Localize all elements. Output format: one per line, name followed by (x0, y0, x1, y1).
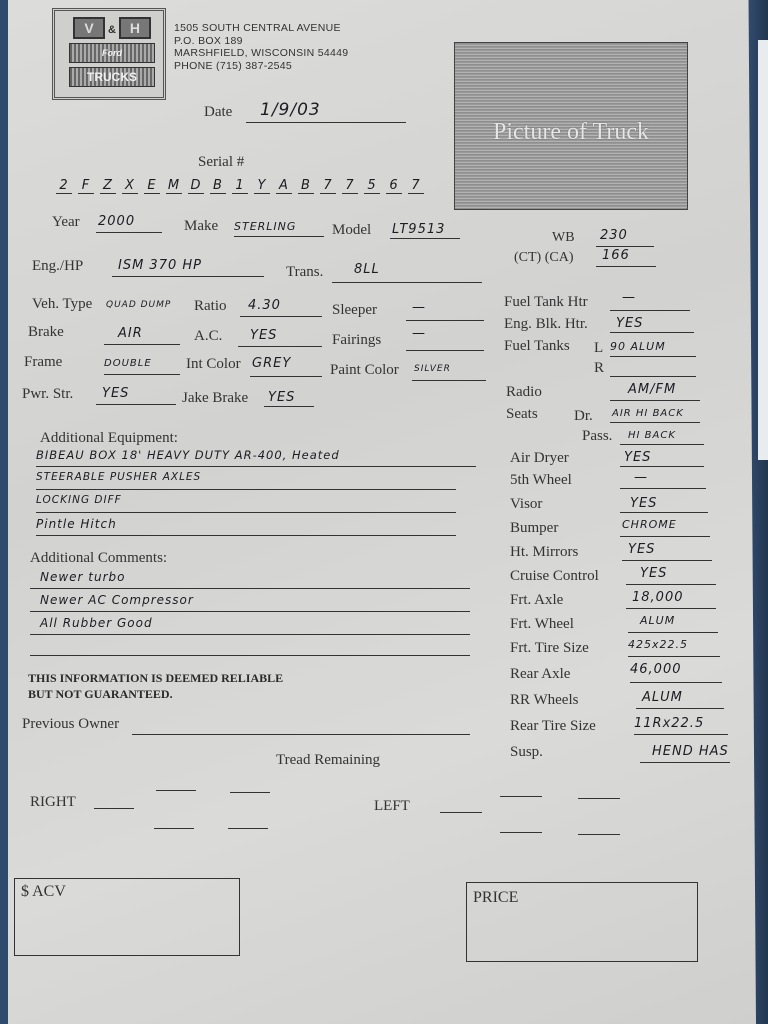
truck-picture-placeholder: Picture of Truck (454, 42, 688, 210)
date-line (246, 122, 406, 123)
rr-wheels-line (636, 708, 724, 709)
pwrstr-value[interactable]: YES (102, 386, 129, 401)
ac-value[interactable]: YES (250, 328, 277, 343)
wb-line (596, 246, 654, 247)
additional-equipment-label: Additional Equipment: (40, 430, 178, 447)
disclaimer: THIS INFORMATION IS DEEMED RELIABLE BUT … (28, 670, 283, 702)
frt-wheel-label: Frt. Wheel (510, 616, 574, 633)
susp-line (640, 762, 730, 763)
fairings-value[interactable]: — (412, 326, 426, 341)
pwrstr-label: Pwr. Str. (22, 386, 73, 403)
disclaimer-line: THIS INFORMATION IS DEEMED RELIABLE (28, 670, 283, 686)
rear-tire-size-label: Rear Tire Size (510, 718, 596, 735)
ac-label: A.C. (194, 328, 222, 345)
year-value[interactable]: 2000 (98, 214, 135, 229)
rear-axle-line (630, 682, 722, 683)
ratio-line (240, 316, 322, 317)
brake-value[interactable]: AIR (118, 326, 143, 341)
paintcolor-label: Paint Color (330, 362, 399, 379)
acv-label: $ ACV (21, 883, 66, 901)
address-line: 1505 SOUTH CENTRAL AVENUE (174, 22, 348, 35)
company-logo: V&H Ford TRUCKS (52, 8, 166, 100)
wb-label: WB (552, 230, 575, 246)
serial-char: 1 (232, 178, 248, 194)
tread-remaining-title: Tread Remaining (276, 752, 380, 769)
seats-pass-value[interactable]: HI BACK (628, 430, 676, 441)
logo-ford-oval: Ford (69, 43, 155, 63)
comment-line: Newer AC Compressor (30, 593, 470, 612)
serial-char: D (188, 178, 204, 194)
bumper-label: Bumper (510, 520, 558, 537)
fifth-wheel-line (620, 488, 706, 489)
cruise-control-line (626, 584, 716, 585)
eng-blk-htr-line (610, 332, 694, 333)
fuel-tanks-l-value[interactable]: 90 ALUM (610, 340, 666, 353)
address-line: P.O. BOX 189 (174, 35, 348, 48)
truck-spec-form: V&H Ford TRUCKS 1505 SOUTH CENTRAL AVENU… (8, 0, 756, 1024)
price-label: PRICE (473, 889, 518, 907)
additional-equipment-lines[interactable]: BIBEAU BOX 18' HEAVY DUTY AR-400, Heated… (36, 448, 476, 536)
equipment-line: Pintle Hitch (36, 517, 456, 536)
serial-char: 6 (386, 178, 402, 194)
serial-char: 7 (342, 178, 358, 194)
equipment-line: LOCKING DIFF (36, 494, 456, 513)
vehtype-label: Veh. Type (32, 296, 92, 313)
seats-pass-label: Pass. (582, 428, 612, 445)
fuel-tanks-r-line (610, 376, 696, 377)
rear-axle-label: Rear Axle (510, 666, 570, 683)
intcolor-value[interactable]: GREY (252, 356, 291, 371)
tread-right-field[interactable] (230, 792, 270, 793)
serial-char: 2 (56, 178, 72, 194)
seats-dr-label: Dr. (574, 408, 593, 425)
serial-char: 5 (364, 178, 380, 194)
radio-value[interactable]: AM/FM (628, 382, 676, 397)
fuel-tanks-l-label: L (594, 340, 603, 357)
equipment-line: BIBEAU BOX 18' HEAVY DUTY AR-400, Heated (36, 448, 476, 467)
trans-label: Trans. (286, 264, 323, 281)
serial-char: A (276, 178, 292, 194)
serial-char: E (144, 178, 160, 194)
visor-line (620, 512, 708, 513)
serial-char: 7 (320, 178, 336, 194)
comment-line: All Rubber Good (30, 616, 470, 635)
jake-value[interactable]: YES (268, 390, 295, 405)
logo-h: H (119, 17, 151, 39)
previous-owner-field[interactable] (132, 734, 470, 735)
address-phone: PHONE (715) 387-2545 (174, 60, 348, 73)
make-value[interactable]: STERLING (234, 220, 296, 233)
frt-wheel-value[interactable]: ALUM (640, 614, 675, 627)
frt-axle-label: Frt. Axle (510, 592, 563, 609)
jake-label: Jake Brake (182, 390, 248, 407)
eng-line (112, 276, 264, 277)
frame-line (104, 374, 180, 375)
tread-right-field[interactable] (154, 828, 194, 829)
ratio-label: Ratio (194, 298, 227, 315)
brake-label: Brake (28, 324, 64, 341)
comment-line (30, 651, 470, 656)
logo-amp: & (105, 21, 119, 39)
paintcolor-line (412, 380, 486, 381)
ctca-value[interactable]: 166 (602, 248, 630, 263)
tread-right-label: RIGHT (30, 794, 76, 811)
serial-char: Y (254, 178, 270, 194)
susp-value[interactable]: HEND HAS (652, 744, 729, 759)
tread-left-label: LEFT (374, 798, 410, 815)
logo-v: V (73, 17, 105, 39)
ctca-label: (CT) (CA) (514, 250, 574, 266)
seats-pass-line (620, 444, 704, 445)
tread-left-field[interactable] (578, 834, 620, 835)
air-dryer-value[interactable]: YES (624, 450, 651, 465)
frt-tire-size-line (628, 656, 720, 657)
trans-line (332, 282, 482, 283)
seats-label: Seats (506, 406, 538, 423)
fuel-tank-htr-label: Fuel Tank Htr (504, 294, 588, 311)
logo-trucks: TRUCKS (69, 67, 155, 87)
ht-mirrors-label: Ht. Mirrors (510, 544, 578, 561)
tread-left-field[interactable] (500, 796, 542, 797)
serial-label: Serial # (198, 154, 244, 171)
frt-axle-line (626, 608, 716, 609)
previous-owner-label: Previous Owner (22, 716, 119, 733)
fuel-tanks-l-line (610, 356, 696, 357)
radio-line (610, 400, 700, 401)
frt-axle-value[interactable]: 18,000 (632, 590, 684, 605)
disclaimer-line: BUT NOT GUARANTEED. (28, 686, 283, 702)
frt-tire-size-label: Frt. Tire Size (510, 640, 589, 657)
visor-label: Visor (510, 496, 542, 513)
fifth-wheel-value[interactable]: — (634, 470, 648, 485)
cruise-control-value[interactable]: YES (640, 566, 667, 581)
ctca-line (596, 266, 656, 267)
fairings-label: Fairings (332, 332, 381, 349)
rr-wheels-label: RR Wheels (510, 692, 578, 709)
tread-right-field[interactable] (228, 828, 268, 829)
eng-label: Eng./HP (32, 258, 83, 275)
rear-tire-size-value[interactable]: 11Rx22.5 (634, 716, 704, 731)
year-line (96, 232, 162, 233)
eng-blk-htr-value[interactable]: YES (616, 316, 643, 331)
serial-char: X (122, 178, 138, 194)
make-label: Make (184, 218, 218, 235)
sleeper-line (406, 320, 484, 321)
serial-char: Z (100, 178, 116, 194)
ht-mirrors-line (622, 560, 712, 561)
rr-wheels-value[interactable]: ALUM (642, 690, 683, 705)
bumper-line (620, 536, 710, 537)
serial-char: B (298, 178, 314, 194)
paintcolor-value[interactable]: SILVER (414, 364, 451, 374)
trans-value[interactable]: 8LL (354, 262, 380, 277)
cruise-control-label: Cruise Control (510, 568, 599, 585)
fuel-tank-htr-line (610, 310, 690, 311)
pwrstr-line (96, 404, 176, 405)
ht-mirrors-value[interactable]: YES (628, 542, 655, 557)
address-line: MARSHFIELD, WISCONSIN 54449 (174, 47, 348, 60)
visor-value[interactable]: YES (630, 496, 657, 511)
price-box[interactable]: PRICE (466, 882, 698, 962)
rear-axle-value[interactable]: 46,000 (630, 662, 682, 677)
model-line (390, 238, 460, 239)
seats-dr-line (610, 422, 700, 423)
vehtype-value[interactable]: QUAD DUMP (106, 300, 171, 310)
equipment-line: STEERABLE PUSHER AXLES (36, 471, 456, 490)
intcolor-label: Int Color (186, 356, 241, 373)
picture-label: Picture of Truck (455, 119, 687, 146)
tread-right-field[interactable] (156, 790, 196, 791)
air-dryer-label: Air Dryer (510, 450, 569, 467)
ratio-value[interactable]: 4.30 (248, 298, 281, 313)
fuel-tank-htr-value[interactable]: — (622, 290, 636, 305)
jake-line (264, 406, 314, 407)
company-address: 1505 SOUTH CENTRAL AVENUE P.O. BOX 189 M… (174, 22, 348, 72)
year-label: Year (52, 214, 80, 231)
serial-char: M (166, 178, 182, 194)
frt-tire-size-value[interactable]: 425x22.5 (628, 638, 688, 651)
rear-tire-size-line (634, 734, 728, 735)
fuel-tanks-r-label: R (594, 360, 604, 377)
wb-value[interactable]: 230 (600, 228, 628, 243)
fairings-line (406, 350, 484, 351)
eng-value[interactable]: ISM 370 HP (118, 258, 202, 273)
seats-dr-value[interactable]: AIR HI BACK (612, 408, 684, 419)
tread-left-field[interactable] (440, 812, 482, 813)
date-label: Date (204, 104, 232, 121)
susp-label: Susp. (510, 744, 543, 761)
bumper-value[interactable]: CHROME (622, 518, 677, 531)
model-label: Model (332, 222, 371, 239)
background-object (758, 40, 768, 460)
intcolor-line (250, 376, 322, 377)
tread-right-field[interactable] (94, 808, 134, 809)
model-value[interactable]: LT9513 (392, 222, 445, 237)
comment-line: Newer turbo (30, 570, 470, 589)
serial-char: 7 (408, 178, 424, 194)
tread-left-field[interactable] (500, 832, 542, 833)
fuel-tanks-label: Fuel Tanks (504, 338, 570, 355)
make-line (234, 236, 324, 237)
frt-wheel-line (628, 632, 718, 633)
frame-value[interactable]: DOUBLE (104, 358, 152, 369)
tread-left-field[interactable] (578, 798, 620, 799)
serial-number-field[interactable]: 2 F Z X E M D B 1 Y A B 7 7 5 6 7 (56, 178, 424, 194)
ac-line (238, 346, 322, 347)
brake-line (104, 344, 180, 345)
additional-comments-lines[interactable]: Newer turbo Newer AC Compressor All Rubb… (30, 570, 470, 656)
frame-label: Frame (24, 354, 62, 371)
fifth-wheel-label: 5th Wheel (510, 472, 572, 489)
air-dryer-line (620, 466, 704, 467)
acv-box[interactable]: $ ACV (14, 878, 240, 956)
serial-char: F (78, 178, 94, 194)
sleeper-label: Sleeper (332, 302, 377, 319)
serial-char: B (210, 178, 226, 194)
additional-comments-label: Additional Comments: (30, 550, 167, 567)
eng-blk-htr-label: Eng. Blk. Htr. (504, 316, 588, 333)
sleeper-value[interactable]: — (412, 300, 426, 315)
radio-label: Radio (506, 384, 542, 401)
date-value[interactable]: 1/9/03 (260, 100, 321, 120)
